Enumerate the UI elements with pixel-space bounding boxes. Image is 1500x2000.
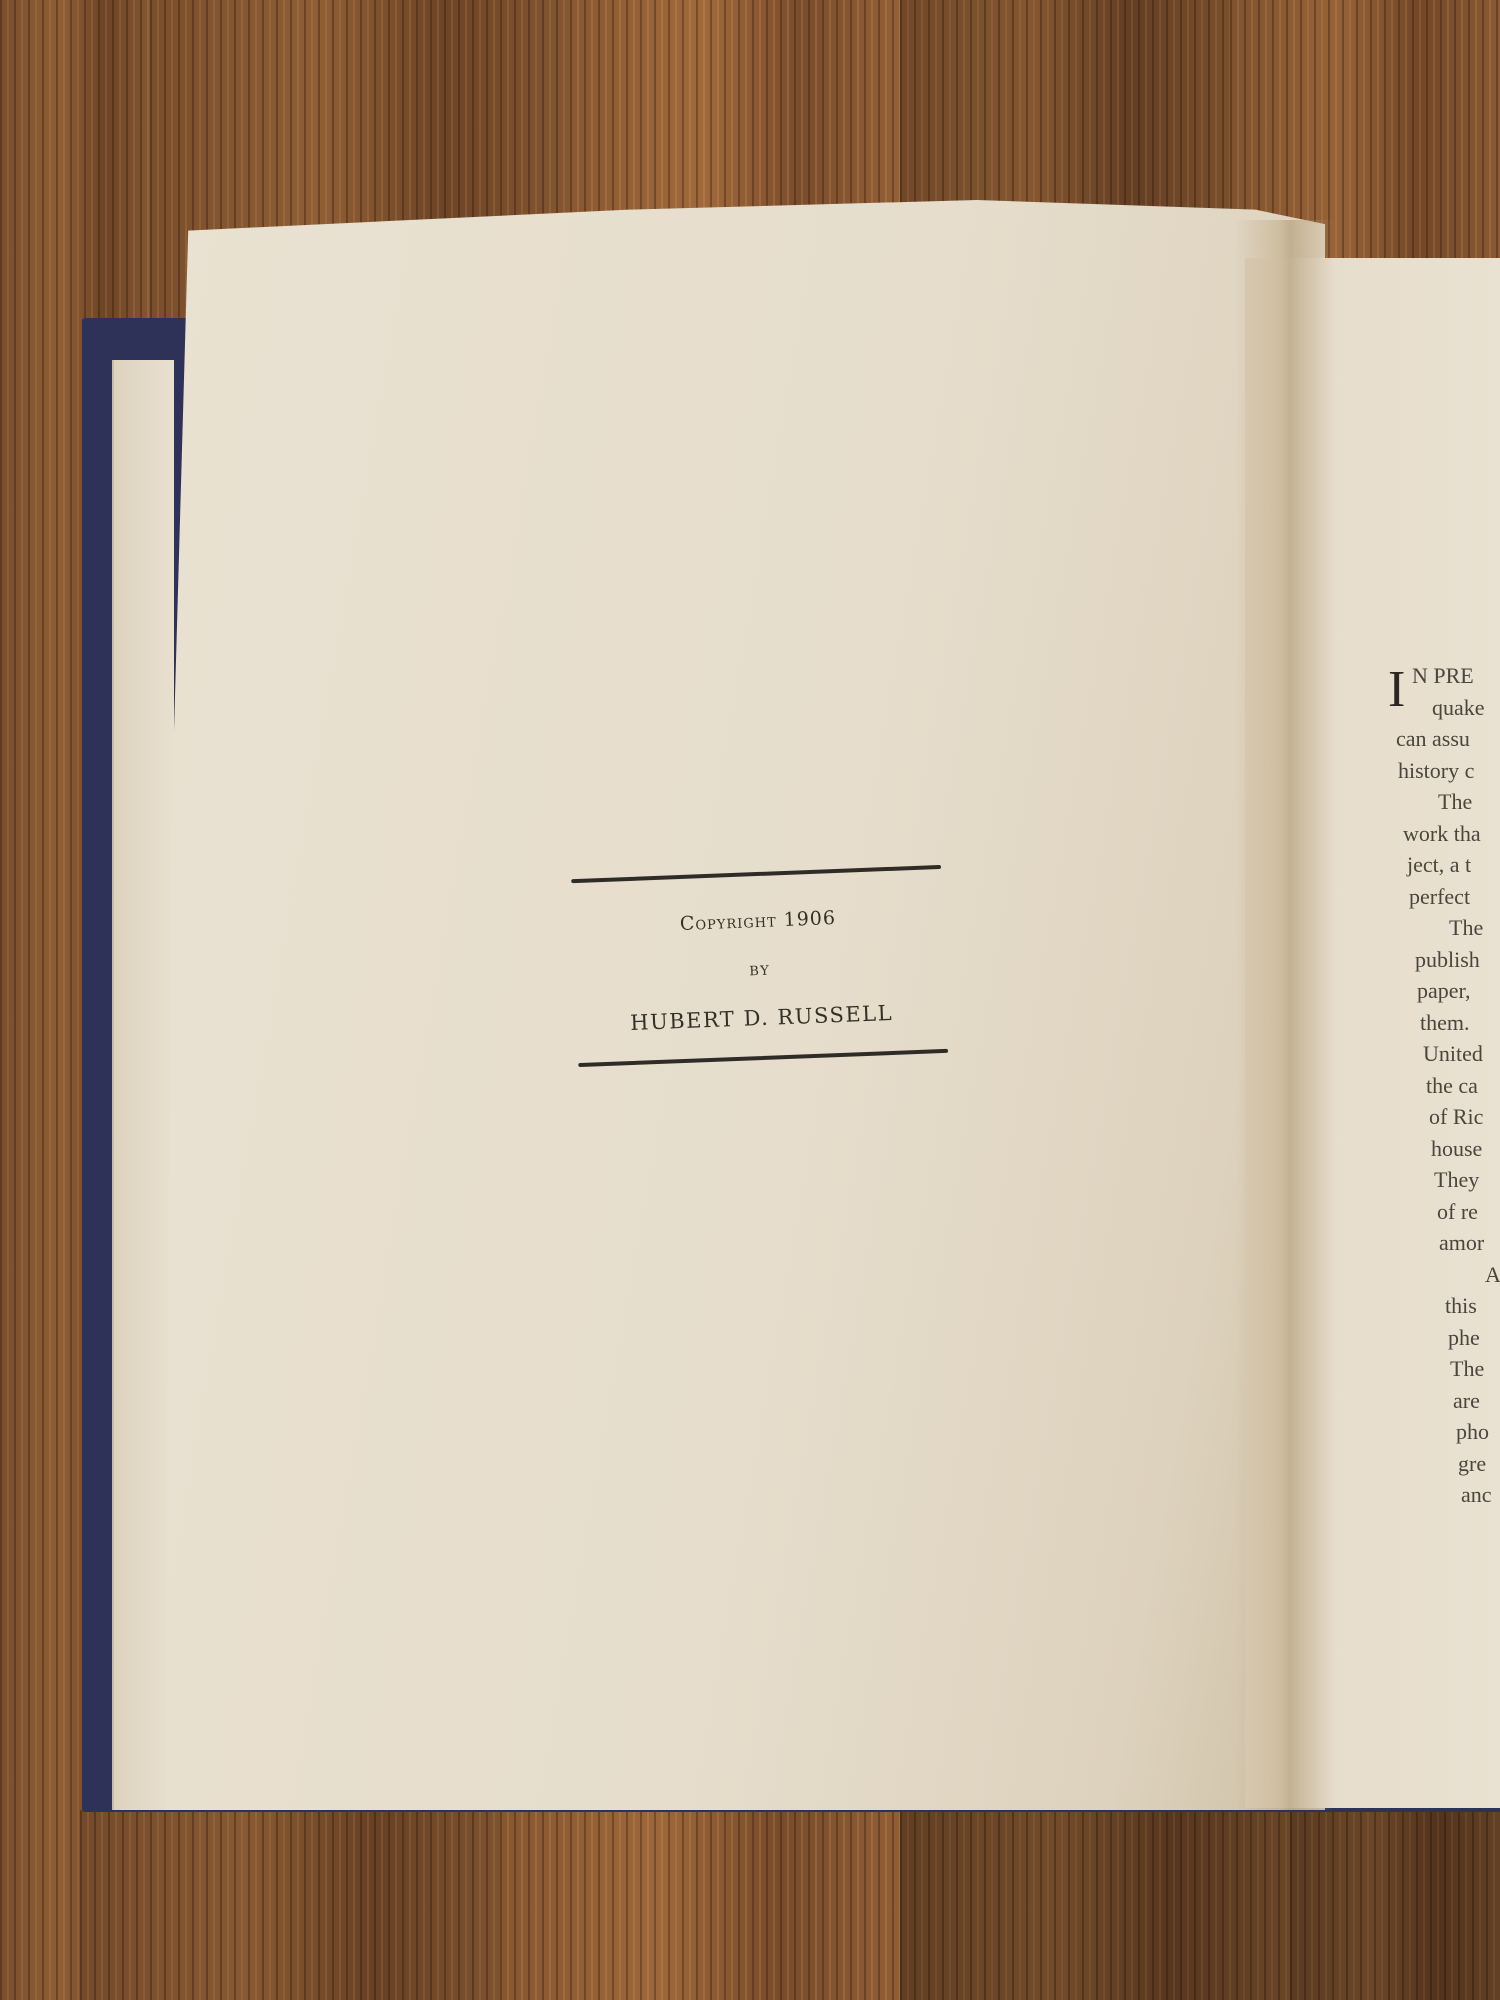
author-name: HUBERT D. RUSSELL: [576, 999, 947, 1037]
text-line: The: [1390, 912, 1500, 944]
copyright-block: Copyright 1906 BY HUBERT D. RUSSELL: [571, 853, 950, 1097]
text-line: work tha: [1390, 818, 1500, 850]
text-line: anc: [1390, 1479, 1500, 1511]
text-line: history c: [1390, 755, 1500, 787]
text-line: N PRE: [1390, 660, 1500, 692]
page-edges: [112, 360, 174, 1810]
text-line: The: [1390, 786, 1500, 818]
text-line: ject, a t: [1390, 849, 1500, 881]
text-line: They: [1390, 1164, 1500, 1196]
drop-cap: I: [1388, 664, 1405, 716]
bottom-rule: [578, 1049, 948, 1067]
text-line: them.: [1390, 1007, 1500, 1039]
text-line: this: [1390, 1290, 1500, 1322]
text-line: house: [1390, 1133, 1500, 1165]
text-line: the ca: [1390, 1070, 1500, 1102]
book-gutter: [1235, 220, 1335, 1810]
text-line: paper,: [1390, 975, 1500, 1007]
preface-text: I N PRE quake can assu history c The wor…: [1390, 660, 1500, 1511]
text-line: perfect: [1390, 881, 1500, 913]
text-line: publish: [1390, 944, 1500, 976]
wood-plank: [1290, 1810, 1500, 2000]
text-line: amor: [1390, 1227, 1500, 1259]
text-line: The: [1390, 1353, 1500, 1385]
text-line: A: [1390, 1259, 1500, 1291]
text-line: are: [1390, 1385, 1500, 1417]
wood-plank: [900, 1810, 1294, 2000]
text-line: United: [1390, 1038, 1500, 1070]
text-line: of re: [1390, 1196, 1500, 1228]
wood-plank: [500, 1810, 904, 2000]
by-text: BY: [575, 957, 945, 986]
top-rule: [571, 865, 941, 883]
text-line: of Ric: [1390, 1101, 1500, 1133]
text-line: quake: [1390, 692, 1500, 724]
text-line: gre: [1390, 1448, 1500, 1480]
text-line: phe: [1390, 1322, 1500, 1354]
text-line: can assu: [1390, 723, 1500, 755]
copyright-text: Copyright 1906: [573, 903, 944, 939]
wood-plank: [80, 1810, 504, 2000]
text-line: pho: [1390, 1416, 1500, 1448]
